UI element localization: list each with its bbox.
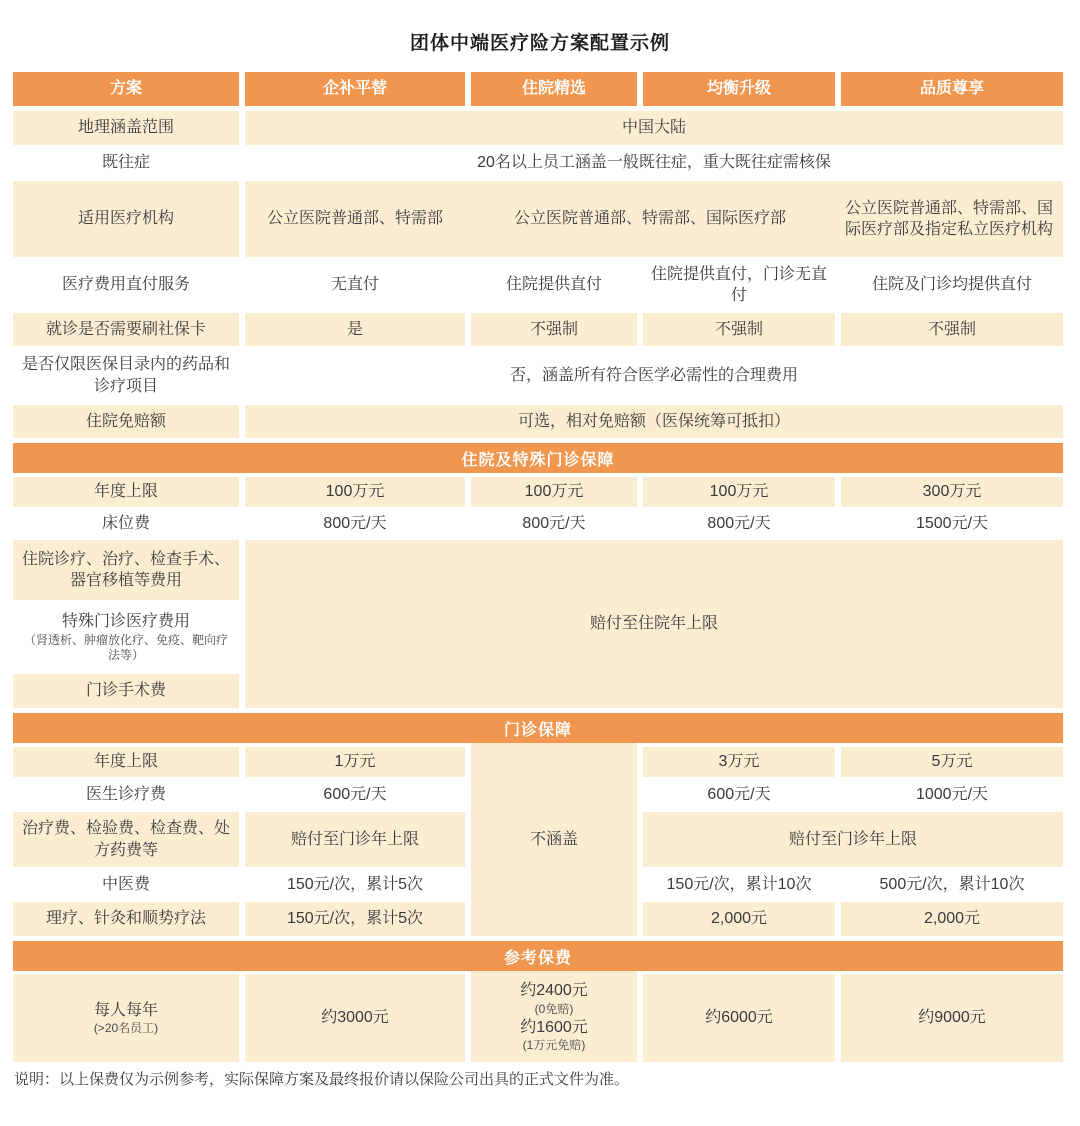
directpay-cell-basic: 无直付 <box>245 257 465 313</box>
directpay-row-label: 医疗费用直付服务 <box>13 257 239 313</box>
deductible-row-value: 可选，相对免赔额（医保统筹可抵扣） <box>245 405 1063 438</box>
section-band-inpatient: 住院及特殊门诊保障 <box>13 443 1063 473</box>
section-band-outpatient: 门诊保障 <box>13 713 1063 743</box>
directpay-cell-premium: 住院及门诊均提供直付 <box>841 257 1063 313</box>
premium-inpatient-note-2: (1万元免赔) <box>523 1038 586 1053</box>
tcm-cell-basic: 150元/次，累计5次 <box>245 867 465 902</box>
tcm-cell-premium: 500元/次，累计10次 <box>841 867 1063 902</box>
footnote: 说明：以上保费仅为示例参考，实际保障方案及最终报价请以保险公司出具的正式文件为准… <box>14 1068 629 1089</box>
preexisting-row-label: 既往症 <box>13 145 239 181</box>
preexisting-row-value: 20名以上员工涵盖一般既往症，重大既往症需核保 <box>245 145 1063 181</box>
geo-row-value: 中国大陆 <box>245 111 1063 145</box>
physio-cell-basic: 150元/次，累计5次 <box>245 902 465 936</box>
bedfee-cell-basic: 800元/天 <box>245 507 465 540</box>
section-band-premium: 参考保费 <box>13 941 1063 971</box>
socialcard-cell-balanced: 不强制 <box>643 313 835 346</box>
outpatient-annual-basic: 1万元 <box>245 747 465 777</box>
special-outpatient-label: 特殊门诊医疗费用 （肾透析、肿瘤放化疗、免疫、靶向疗法等） <box>13 600 239 674</box>
socialcard-cell-premium: 不强制 <box>841 313 1063 346</box>
inpatient-annual-premium: 300万元 <box>841 477 1063 507</box>
tcm-cell-balanced: 150元/次，累计10次 <box>643 867 835 902</box>
physio-cell-balanced: 2,000元 <box>643 902 835 936</box>
bedfee-row-label: 床位费 <box>13 507 239 540</box>
outpatient-not-covered-cell: 不涵盖 <box>471 743 637 936</box>
formulary-row-label: 是否仅限医保目录内的药品和诊疗项目 <box>13 346 239 405</box>
header-cell-plan: 方案 <box>13 72 239 106</box>
premium-row-label: 每人每年 (>20名员工) <box>13 974 239 1062</box>
inpatient-annual-label: 年度上限 <box>13 477 239 507</box>
outpatient-annual-premium: 5万元 <box>841 747 1063 777</box>
facilities-cell-mid: 公立医院普通部、特需部、国际医疗部 <box>465 181 835 257</box>
doctorfee-cell-basic: 600元/天 <box>245 777 465 812</box>
outpatient-annual-label: 年度上限 <box>13 747 239 777</box>
outpatient-surgery-label: 门诊手术费 <box>13 674 239 708</box>
header-cell-plan-basic: 企补平替 <box>245 72 465 106</box>
physio-row-label: 理疗、针灸和顺势疗法 <box>13 902 239 936</box>
socialcard-cell-inpatient: 不强制 <box>471 313 637 346</box>
outpatient-annual-balanced: 3万元 <box>643 747 835 777</box>
plan-comparison-table: 方案 企补平替 住院精选 均衡升级 品质尊享 地理涵盖范围 中国大陆 既往症 2… <box>13 72 1063 1062</box>
premium-cell-inpatient: 约2400元 (0免赔) 约1600元 (1万元免赔) <box>471 971 637 1062</box>
premium-cell-balanced: 约6000元 <box>643 974 835 1062</box>
doctorfee-cell-balanced: 600元/天 <box>643 777 835 812</box>
bedfee-cell-balanced: 800元/天 <box>643 507 835 540</box>
directpay-cell-inpatient: 住院提供直付 <box>471 257 637 313</box>
inpatient-annual-basic: 100万元 <box>245 477 465 507</box>
socialcard-row-label: 就诊是否需要刷社保卡 <box>13 313 239 346</box>
header-cell-plan-premium: 品质尊享 <box>841 72 1063 106</box>
premium-cell-premium: 约9000元 <box>841 974 1063 1062</box>
premium-inpatient-amount-2: 约1600元 <box>520 1017 588 1038</box>
bedfee-cell-premium: 1500元/天 <box>841 507 1063 540</box>
socialcard-cell-basic: 是 <box>245 313 465 346</box>
premium-cell-basic: 约3000元 <box>245 974 465 1062</box>
bedfee-cell-inpatient: 800元/天 <box>471 507 637 540</box>
special-outpatient-title: 特殊门诊医疗费用 <box>62 611 190 632</box>
premium-inpatient-amount-1: 约2400元 <box>520 980 588 1001</box>
inpatient-merged-value: 赔付至住院年上限 <box>245 540 1063 708</box>
premium-label-subtext: (>20名员工) <box>94 1021 158 1036</box>
inpatient-annual-balanced: 100万元 <box>643 477 835 507</box>
treatmentfee-cell-basic: 赔付至门诊年上限 <box>245 812 465 867</box>
premium-inpatient-note-1: (0免赔) <box>535 1002 574 1017</box>
tcm-row-label: 中医费 <box>13 867 239 902</box>
page-title: 团体中端医疗险方案配置示例 <box>0 0 1080 55</box>
physio-cell-premium: 2,000元 <box>841 902 1063 936</box>
facilities-cell-premium: 公立医院普通部、特需部、国际医疗部及指定私立医疗机构 <box>835 181 1063 257</box>
doctorfee-row-label: 医生诊疗费 <box>13 777 239 812</box>
geo-row-label: 地理涵盖范围 <box>13 111 239 145</box>
directpay-cell-balanced: 住院提供直付，门诊无直付 <box>643 257 835 313</box>
facilities-cell-basic: 公立医院普通部、特需部 <box>245 181 465 257</box>
header-cell-plan-balanced: 均衡升级 <box>643 72 835 106</box>
inpatient-annual-inpatient: 100万元 <box>471 477 637 507</box>
inpatient-treatment-label: 住院诊疗、治疗、检查手术、器官移植等费用 <box>13 540 239 600</box>
formulary-row-value: 否，涵盖所有符合医学必需性的合理费用 <box>245 346 1063 405</box>
premium-label-title: 每人每年 <box>94 1000 158 1021</box>
deductible-row-label: 住院免赔额 <box>13 405 239 438</box>
doctorfee-cell-premium: 1000元/天 <box>841 777 1063 812</box>
special-outpatient-subtext: （肾透析、肿瘤放化疗、免疫、靶向疗法等） <box>19 633 233 663</box>
facilities-row-label: 适用医疗机构 <box>13 181 239 257</box>
treatmentfee-row-label: 治疗费、检验费、检查费、处方药费等 <box>13 812 239 867</box>
treatmentfee-cell-merged: 赔付至门诊年上限 <box>643 812 1063 867</box>
header-cell-plan-inpatient: 住院精选 <box>471 72 637 106</box>
